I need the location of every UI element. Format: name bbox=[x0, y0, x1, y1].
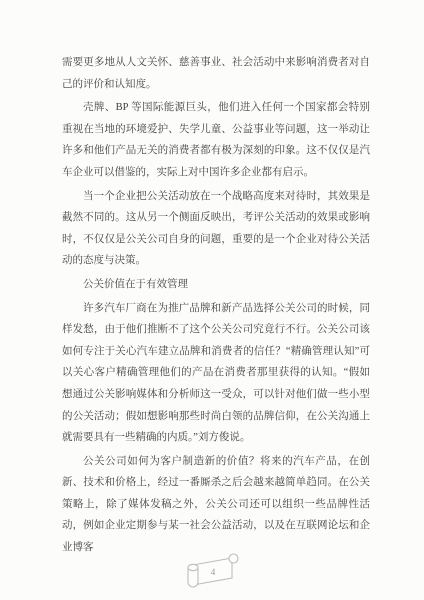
page-number: 4 bbox=[211, 567, 216, 577]
body-paragraph: 公关公司如何为客户制造新的价值？将来的汽车产品，在创新、技术和价格上，经过一番厮… bbox=[62, 451, 370, 559]
section-heading: 公关价值在于有效管理 bbox=[62, 274, 370, 296]
body-paragraph: 壳牌、BP 等国际能源巨头，他们进入任何一个国家都会特别重视在当地的环境爱护、失… bbox=[62, 97, 370, 183]
body-paragraph: 许多汽车厂商在为推广品牌和新产品选择公关公司的时候，同样发愁，由于他们推断不了这… bbox=[62, 298, 370, 449]
document-page: 需要更多地从人文关怀、慈善事业、社会活动中来影响消费者对自己的评价和认知度。 壳… bbox=[0, 0, 424, 600]
body-paragraph: 需要更多地从人文关怀、慈善事业、社会活动中来影响消费者对自己的评价和认知度。 bbox=[62, 52, 370, 95]
document-body: 需要更多地从人文关怀、慈善事业、社会活动中来影响消费者对自己的评价和认知度。 壳… bbox=[62, 52, 370, 561]
page-footer: 4 bbox=[0, 549, 424, 595]
scroll-banner-icon: 4 bbox=[179, 549, 245, 595]
body-paragraph: 当一个企业把公关活动放在一个战略高度来对待时，其效果是截然不同的。这从另一个侧面… bbox=[62, 186, 370, 272]
